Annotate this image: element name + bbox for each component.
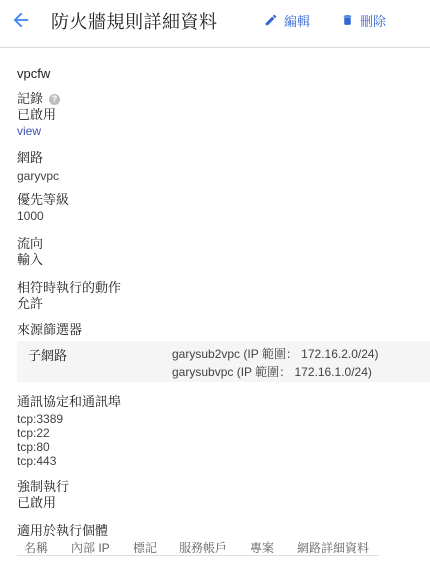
- column-header[interactable]: 內部 IP: [71, 539, 110, 556]
- trash-icon: [341, 13, 354, 27]
- source-filter-values: garysub2vpc (IP 範圍： 172.16.2.0/24) garys…: [172, 345, 379, 381]
- applies-to-label: 適用於執行個體: [17, 523, 108, 539]
- subnet-item: garysubvpc (IP 範圍： 172.16.1.0/24): [172, 363, 379, 381]
- protocols-section: 通訊協定和通訊埠 tcp:3389 tcp:22 tcp:80 tcp:443: [17, 394, 121, 468]
- protocols-label: 通訊協定和通訊埠: [17, 394, 121, 410]
- network-section: 網路 garyvpc: [17, 150, 59, 184]
- logging-view-link[interactable]: view: [17, 123, 60, 139]
- enforcement-label: 強制執行: [17, 479, 69, 495]
- action-value: 允許: [17, 296, 121, 312]
- protocol-item: tcp:3389: [17, 412, 121, 426]
- enforcement-value: 已啟用: [17, 495, 69, 511]
- column-header[interactable]: 網路詳細資料: [297, 539, 369, 556]
- page-title: 防火牆規則詳細資料: [51, 8, 218, 34]
- network-label: 網路: [17, 150, 59, 166]
- rule-name: vpcfw: [17, 66, 50, 82]
- arrow-back-icon: [10, 9, 32, 31]
- action-section: 相符時執行的動作 允許: [17, 280, 121, 312]
- source-filter-box: 子網路 garysub2vpc (IP 範圍： 172.16.2.0/24) g…: [17, 341, 430, 382]
- protocol-item: tcp:80: [17, 440, 121, 454]
- column-header[interactable]: 標記: [133, 539, 157, 556]
- direction-section: 流向 輸入: [17, 236, 43, 268]
- delete-button[interactable]: 刪除: [341, 10, 386, 30]
- direction-value: 輸入: [17, 252, 43, 268]
- enforcement-section: 強制執行 已啟用: [17, 479, 69, 511]
- column-header[interactable]: 服務帳戶: [179, 539, 227, 556]
- instances-table-header: 名稱 內部 IP 標記 服務帳戶 專案 網路詳細資料: [17, 538, 379, 556]
- protocol-item: tcp:22: [17, 426, 121, 440]
- source-filter-label: 來源篩選器: [17, 322, 82, 338]
- pencil-icon: [264, 13, 278, 27]
- subnet-item: garysub2vpc (IP 範圍： 172.16.2.0/24): [172, 345, 379, 363]
- priority-value: 1000: [17, 208, 69, 224]
- protocol-item: tcp:443: [17, 454, 121, 468]
- priority-section: 優先等級 1000: [17, 192, 69, 224]
- column-header[interactable]: 專案: [250, 539, 274, 556]
- direction-label: 流向: [17, 236, 43, 252]
- logging-label: 記錄?: [17, 91, 60, 107]
- back-button[interactable]: [10, 9, 32, 31]
- network-value: garyvpc: [17, 168, 59, 184]
- logging-value: 已啟用: [17, 107, 60, 123]
- action-label: 相符時執行的動作: [17, 280, 121, 296]
- edit-button[interactable]: 編輯: [264, 10, 310, 30]
- delete-label: 刪除: [360, 11, 386, 30]
- edit-label: 編輯: [284, 11, 310, 30]
- app-header: 防火牆規則詳細資料 編輯 刪除: [0, 0, 430, 48]
- logging-section: 記錄? 已啟用 view: [17, 91, 60, 139]
- column-header[interactable]: 名稱: [24, 539, 48, 556]
- priority-label: 優先等級: [17, 192, 69, 208]
- help-icon[interactable]: ?: [49, 94, 60, 105]
- source-filter-key: 子網路: [28, 345, 67, 364]
